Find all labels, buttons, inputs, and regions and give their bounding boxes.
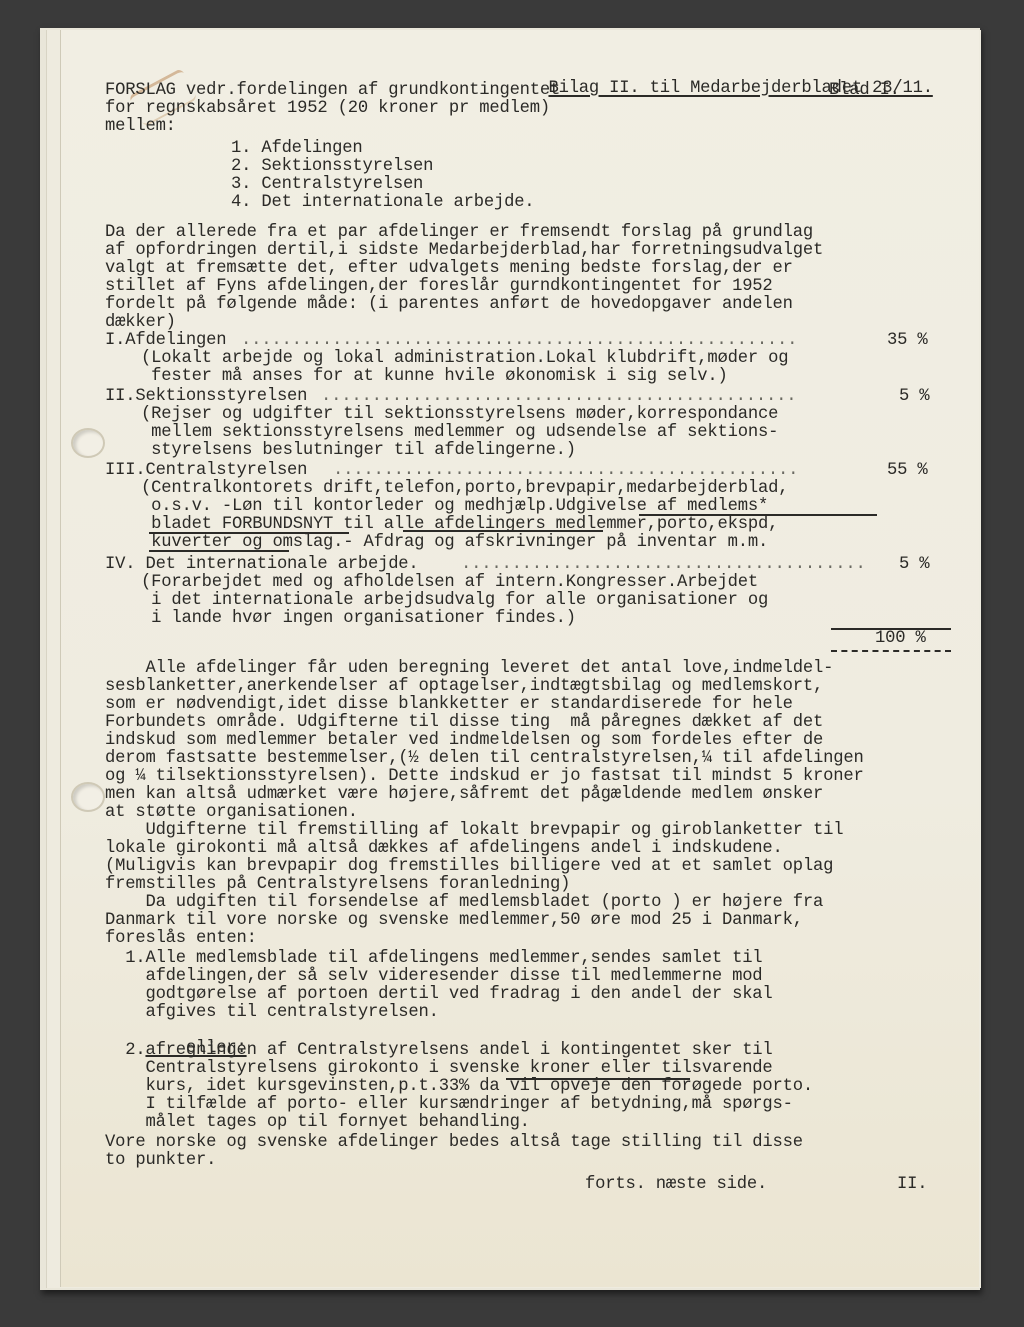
body-line: Danmark til vore norske og svenske medle… [105, 912, 803, 930]
body-line: Udgifterne til fremstilling af lokalt br… [105, 822, 843, 840]
body-line: derom fastsatte bestemmelser,(½ delen ti… [105, 750, 864, 768]
intro-line: valgt at fremsætte det, efter udvalgets … [105, 260, 793, 278]
allocation-description: i det internationale arbejdsudvalg for a… [141, 592, 768, 610]
allocation-label: II.Sektionsstyrelsen [105, 388, 307, 406]
body-line: og ¼ tilsektionsstyrelsen). Dette indsku… [105, 768, 864, 786]
dot-leader: ........................................ [461, 556, 866, 574]
allocation-label: I.Afdelingen [105, 332, 226, 350]
allocation-label: III.Centralstyrelsen [105, 462, 307, 480]
document-page: Bilag II. til Medarbejderbladet 23/11. B… [60, 30, 979, 1287]
underline-mark [149, 550, 289, 552]
dot-leader: ........................................… [321, 388, 796, 406]
sheet-label: Blad I. [829, 82, 900, 100]
body-line: foreslås enten: [105, 930, 257, 948]
recipient-item: 1. Afdelingen [231, 140, 362, 158]
option-line: afdelingen,der så selv videresender diss… [105, 968, 762, 986]
option-line: 1.Alle medlemsblade til afdelingens medl… [105, 950, 762, 968]
intro-line: Da der allerede fra et par afdelinger er… [105, 224, 813, 242]
option-line: afgives til centralstyrelsen. [105, 1004, 439, 1022]
total-rule-bottom [831, 650, 951, 652]
allocation-percent: 5 % [899, 556, 929, 574]
body-line: (Muligvis kan brevpapir dog fremstilles … [105, 858, 833, 876]
title-line-2: for regnskabsåret 1952 (20 kroner pr med… [105, 100, 550, 118]
body-line: fremstilles på Centralstyrelsens foranle… [105, 876, 570, 894]
intro-line: fordelt på følgende måde: (i parentes an… [105, 296, 793, 314]
underline-mark [639, 514, 877, 516]
punch-hole-lower [71, 782, 105, 812]
body-line: som er nødvendigt,idet disse blankketter… [105, 696, 793, 714]
underline-mark [149, 532, 349, 534]
closing-line: to punkter. [105, 1152, 216, 1170]
option-line: Centralstyrelsens girokonto i svenske kr… [105, 1060, 773, 1078]
next-sheet-label: II. [897, 1176, 927, 1194]
body-line: Da udgiften til forsendelse af medlemsbl… [105, 894, 823, 912]
body-line: indskud som medlemmer betaler ved indmel… [105, 732, 823, 750]
option-line: godtgørelse af portoen dertil ved fradra… [105, 986, 773, 1004]
closing-line: Vore norske og svenske afdelinger bedes … [105, 1134, 803, 1152]
dot-leader: ........................................… [241, 332, 797, 350]
allocation-percent: 55 % [887, 462, 927, 480]
intro-line: af opfordringen dertil,i sidste Medarbej… [105, 242, 823, 260]
body-line: men kan altså udmærket være højere,såfre… [105, 786, 823, 804]
option-line: målet tages op til fornyet behandling. [105, 1114, 530, 1132]
option-line: I tilfælde af porto- eller kursændringer… [105, 1096, 793, 1114]
allocation-percent: 5 % [899, 388, 929, 406]
allocation-description: styrelsens beslutninger til afdelingerne… [141, 442, 576, 460]
allocation-description: mellem sektionsstyrelsens medlemmer og u… [141, 424, 778, 442]
allocation-description: (Forarbejdet med og afholdelsen af inter… [141, 574, 758, 592]
intro-line: stillet af Fyns afdelingen,der foreslår … [105, 278, 773, 296]
option-line: kurs, idet kursgevinsten,p.t.33% da vil … [105, 1078, 813, 1096]
body-line: Alle afdelinger får uden beregning lever… [105, 660, 833, 678]
allocation-description: o.s.v. -Løn til kontorleder og medhjælp.… [141, 498, 768, 516]
allocation-description: (Rejser og udgifter til sektionsstyrelse… [141, 406, 778, 424]
allocation-description: kuverter og omslag.- Afdrag og afskrivni… [141, 534, 768, 552]
recipient-item: 4. Det internationale arbejde. [231, 194, 534, 212]
allocation-description: fester må anses for at kunne hvile økono… [141, 368, 728, 386]
allocation-description: i lande hvør ingen organisationer findes… [141, 610, 576, 628]
title-line-3: mellem: [105, 118, 176, 136]
continued-note: forts. næste side. [585, 1176, 767, 1194]
allocation-description: (Centralkontorets drift,telefon,porto,br… [141, 480, 788, 498]
allocation-label: IV. Det internationale arbejde. [105, 556, 419, 574]
intro-line: dækker) [105, 314, 176, 332]
allocation-percent: 35 % [887, 332, 927, 350]
punch-hole-upper [71, 428, 105, 458]
body-line: sesblanketter,anerkendelser af optagelse… [105, 678, 823, 696]
underline-mark [403, 530, 603, 532]
total-percent: 100 % [875, 630, 926, 648]
title-line-1: FORSLAG vedr.fordelingen af grundkonting… [105, 82, 560, 100]
recipient-item: 2. Sektionsstyrelsen [231, 158, 433, 176]
recipient-item: 3. Centralstyrelsen [231, 176, 423, 194]
dot-leader: ........................................… [333, 462, 798, 480]
option-line: 2.afregningen af Centralstyrelsens andel… [105, 1042, 773, 1060]
body-line: at støtte organisationen. [105, 804, 358, 822]
body-line: Forbundets område. Udgifterne til disse … [105, 714, 823, 732]
body-line: lokale girokonti må altså dækkes af afde… [105, 840, 783, 858]
allocation-description: (Lokalt arbejde og lokal administration.… [141, 350, 788, 368]
